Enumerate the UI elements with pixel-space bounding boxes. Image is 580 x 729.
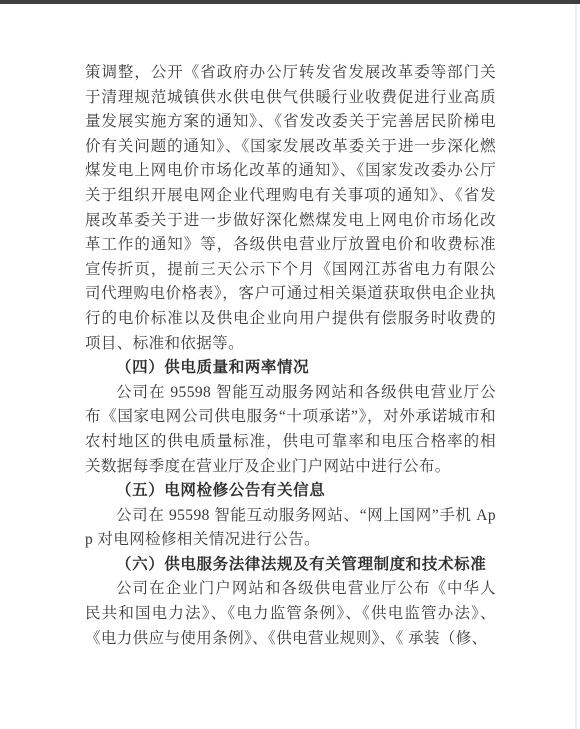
paragraph: 公司在 95598 智能互动服务网站、“网上国网”手机 App 对电网检修相关情… — [85, 504, 496, 553]
scan-top-band — [0, 0, 580, 4]
paragraph: 策调整，公开《省政府办公厅转发省发展改革委等部门关于清理规范城镇供水供电供气供暖… — [85, 61, 496, 356]
page-content: 策调整，公开《省政府办公厅转发省发展改革委等部门关于清理规范城镇供水供电供气供暖… — [85, 61, 496, 651]
section-heading: （六）供电服务法律法规及有关管理制度和技术标准 — [85, 553, 496, 578]
section-heading: （五）电网检修公告有关信息 — [85, 479, 496, 504]
section-heading: （四）供电质量和两率情况 — [85, 356, 496, 381]
paragraph: 公司在企业门户网站和各级供电营业厅公布《中华人民共和国电力法》、《电力监管条例》… — [85, 577, 496, 651]
document-page: 策调整，公开《省政府办公厅转发省发展改革委等部门关于清理规范城镇供水供电供气供暖… — [0, 0, 580, 729]
page-edge-shadow — [575, 4, 577, 729]
paragraph: 公司在 95598 智能互动服务网站和各级供电营业厅公布《国家电网公司供电服务“… — [85, 381, 496, 479]
